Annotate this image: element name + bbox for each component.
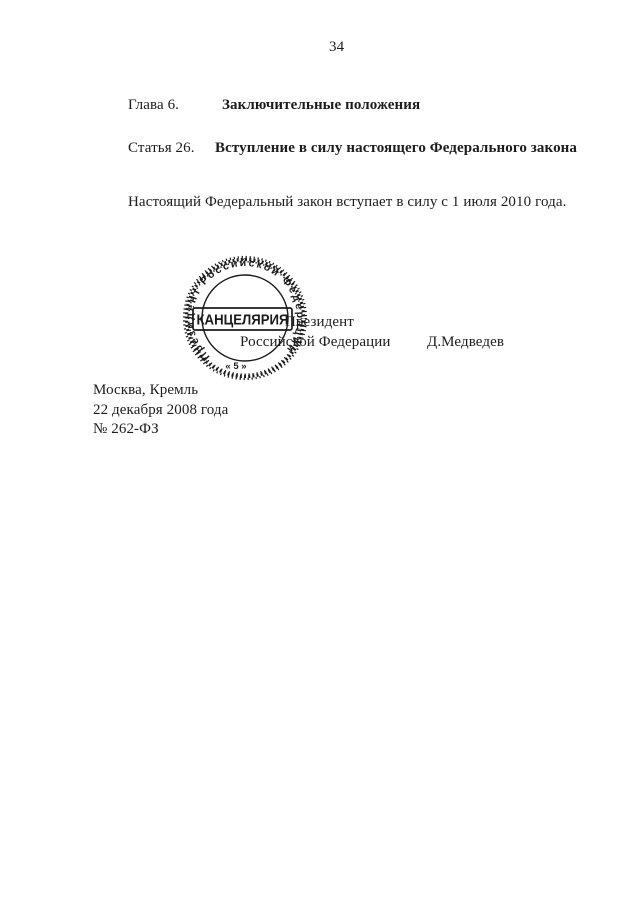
body-paragraph: Настоящий Федеральный закон вступает в с… [128, 192, 566, 213]
article-title: Вступление в силу настоящего Федеральног… [215, 138, 577, 159]
issue-number: № 262-ФЗ [93, 419, 159, 440]
article-label: Статья 26. [128, 138, 195, 159]
chapter-title: Заключительные положения [222, 95, 420, 116]
signature-post-line1: Президент [285, 312, 354, 333]
document-page: 34 Глава 6. Заключительные положения Ста… [0, 0, 640, 900]
stamp-bottom-number: « 5 » [225, 361, 246, 372]
issue-place: Москва, Кремль [93, 380, 198, 401]
issue-date: 22 декабря 2008 года [93, 400, 228, 421]
signature-signer: Д.Медведев [427, 332, 504, 353]
chapter-label: Глава 6. [128, 95, 179, 116]
page-number: 34 [329, 37, 344, 58]
signature-post-line2: Российской Федерации [240, 332, 391, 353]
stamp-center-text: КАНЦЕЛЯРИЯ [197, 313, 289, 329]
